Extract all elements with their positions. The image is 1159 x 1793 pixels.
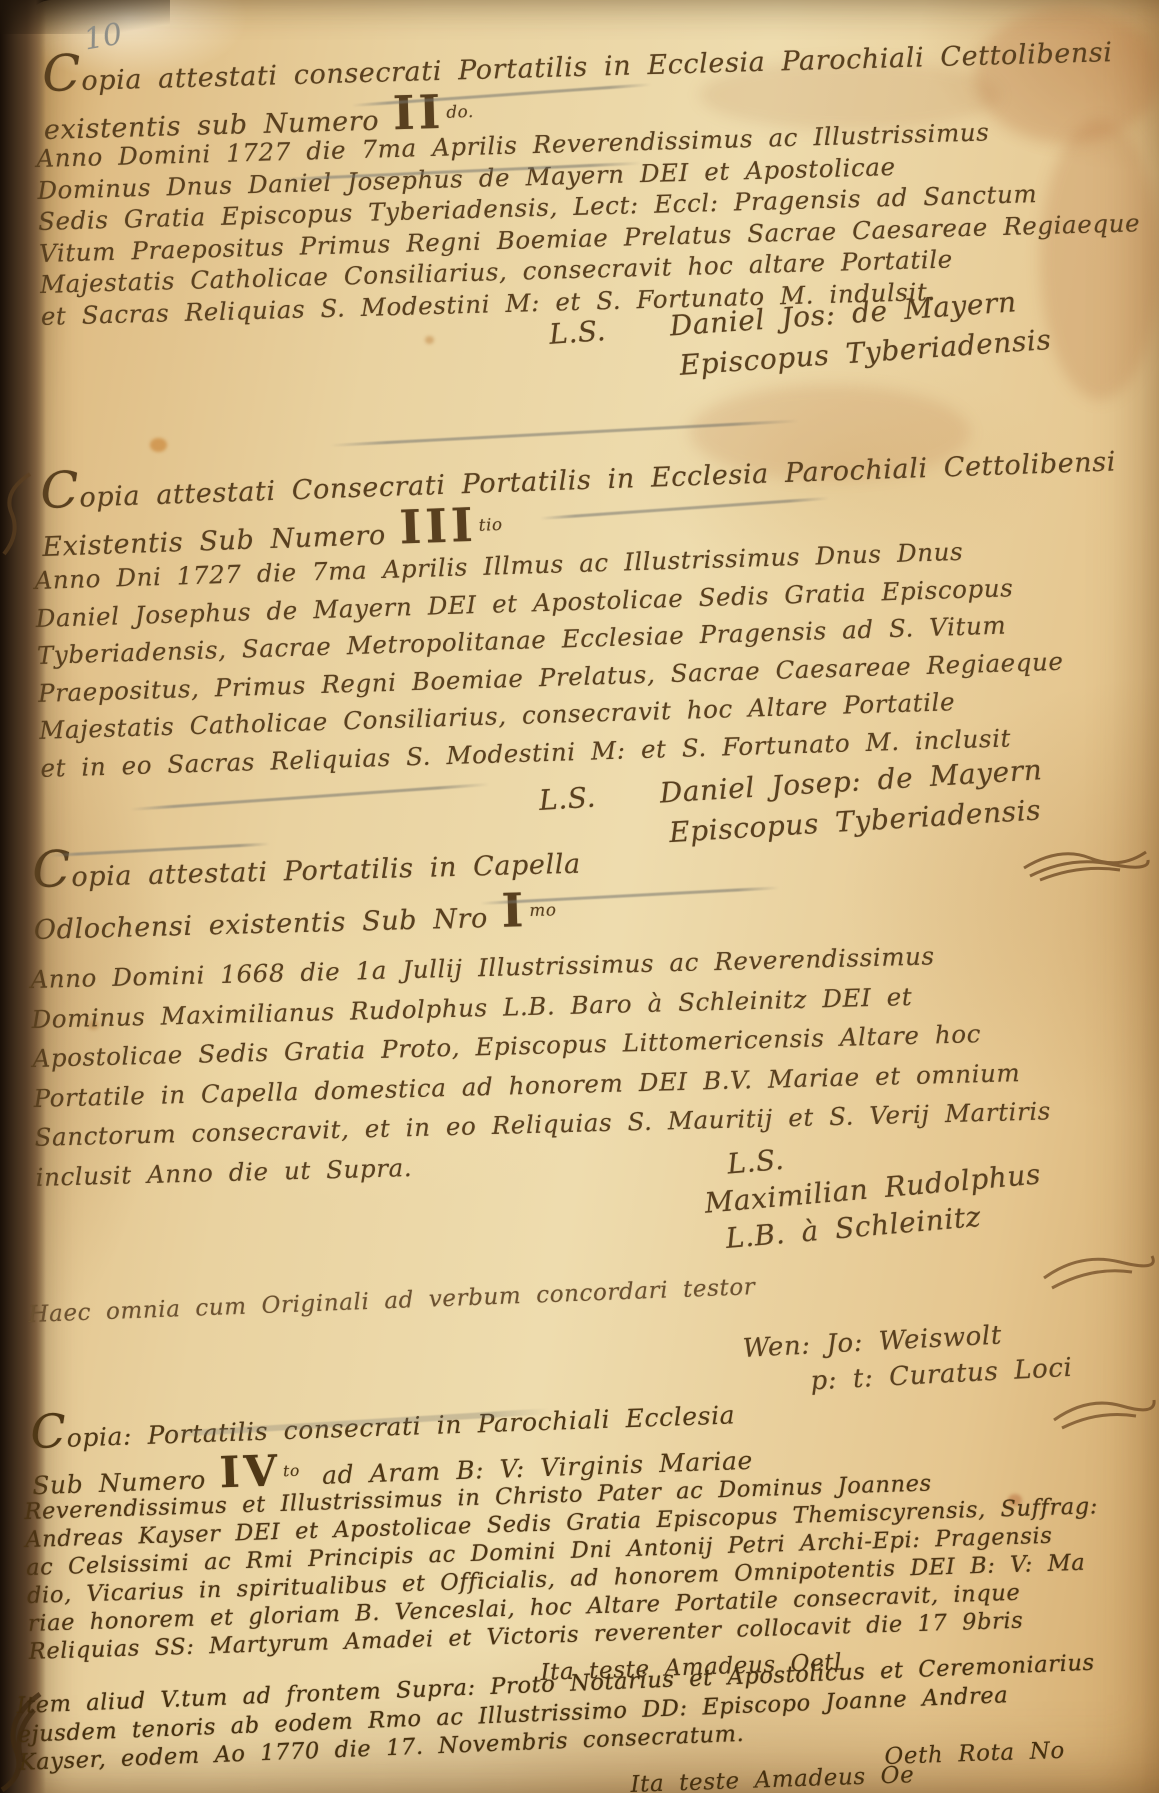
manuscript-scan: { "page": { "pencil_number": "10", "pape… (0, 0, 1159, 1793)
margin-ink-flourish (0, 1690, 46, 1793)
section4-body: Reverendissimus et Illustrissimus in Chr… (24, 1464, 1102, 1666)
ink-flourish (1040, 1238, 1155, 1298)
foxing-spot (150, 438, 167, 452)
heading-prefix: Odlochensi existentis Sub Nro (34, 903, 489, 946)
manuscript-page: 10 Copia attestati consecrati Portatilis… (0, 0, 1159, 1793)
seal-mark: L.S. (548, 314, 607, 351)
ink-flourish (1052, 1386, 1157, 1436)
roman-numeral: III (399, 497, 478, 555)
margin-ink-flourish (0, 468, 34, 558)
foxing-spot (425, 336, 434, 344)
numeral-suffix: mo (529, 899, 557, 920)
numeral-suffix: tio (478, 514, 503, 535)
section2-body: Anno Dni 1727 die 7ma Aprilis Illmus ac … (34, 530, 1066, 787)
ink-flourish (1020, 838, 1150, 884)
page-number-pencil: 10 (81, 17, 125, 58)
roman-numeral: I (501, 882, 528, 938)
seal-mark: L.S. (538, 781, 597, 817)
section3-heading: Copia attestati Portatilis in Capella Od… (32, 842, 583, 953)
numeral-suffix: do. (446, 101, 474, 122)
numeral-suffix: to (283, 1462, 300, 1481)
